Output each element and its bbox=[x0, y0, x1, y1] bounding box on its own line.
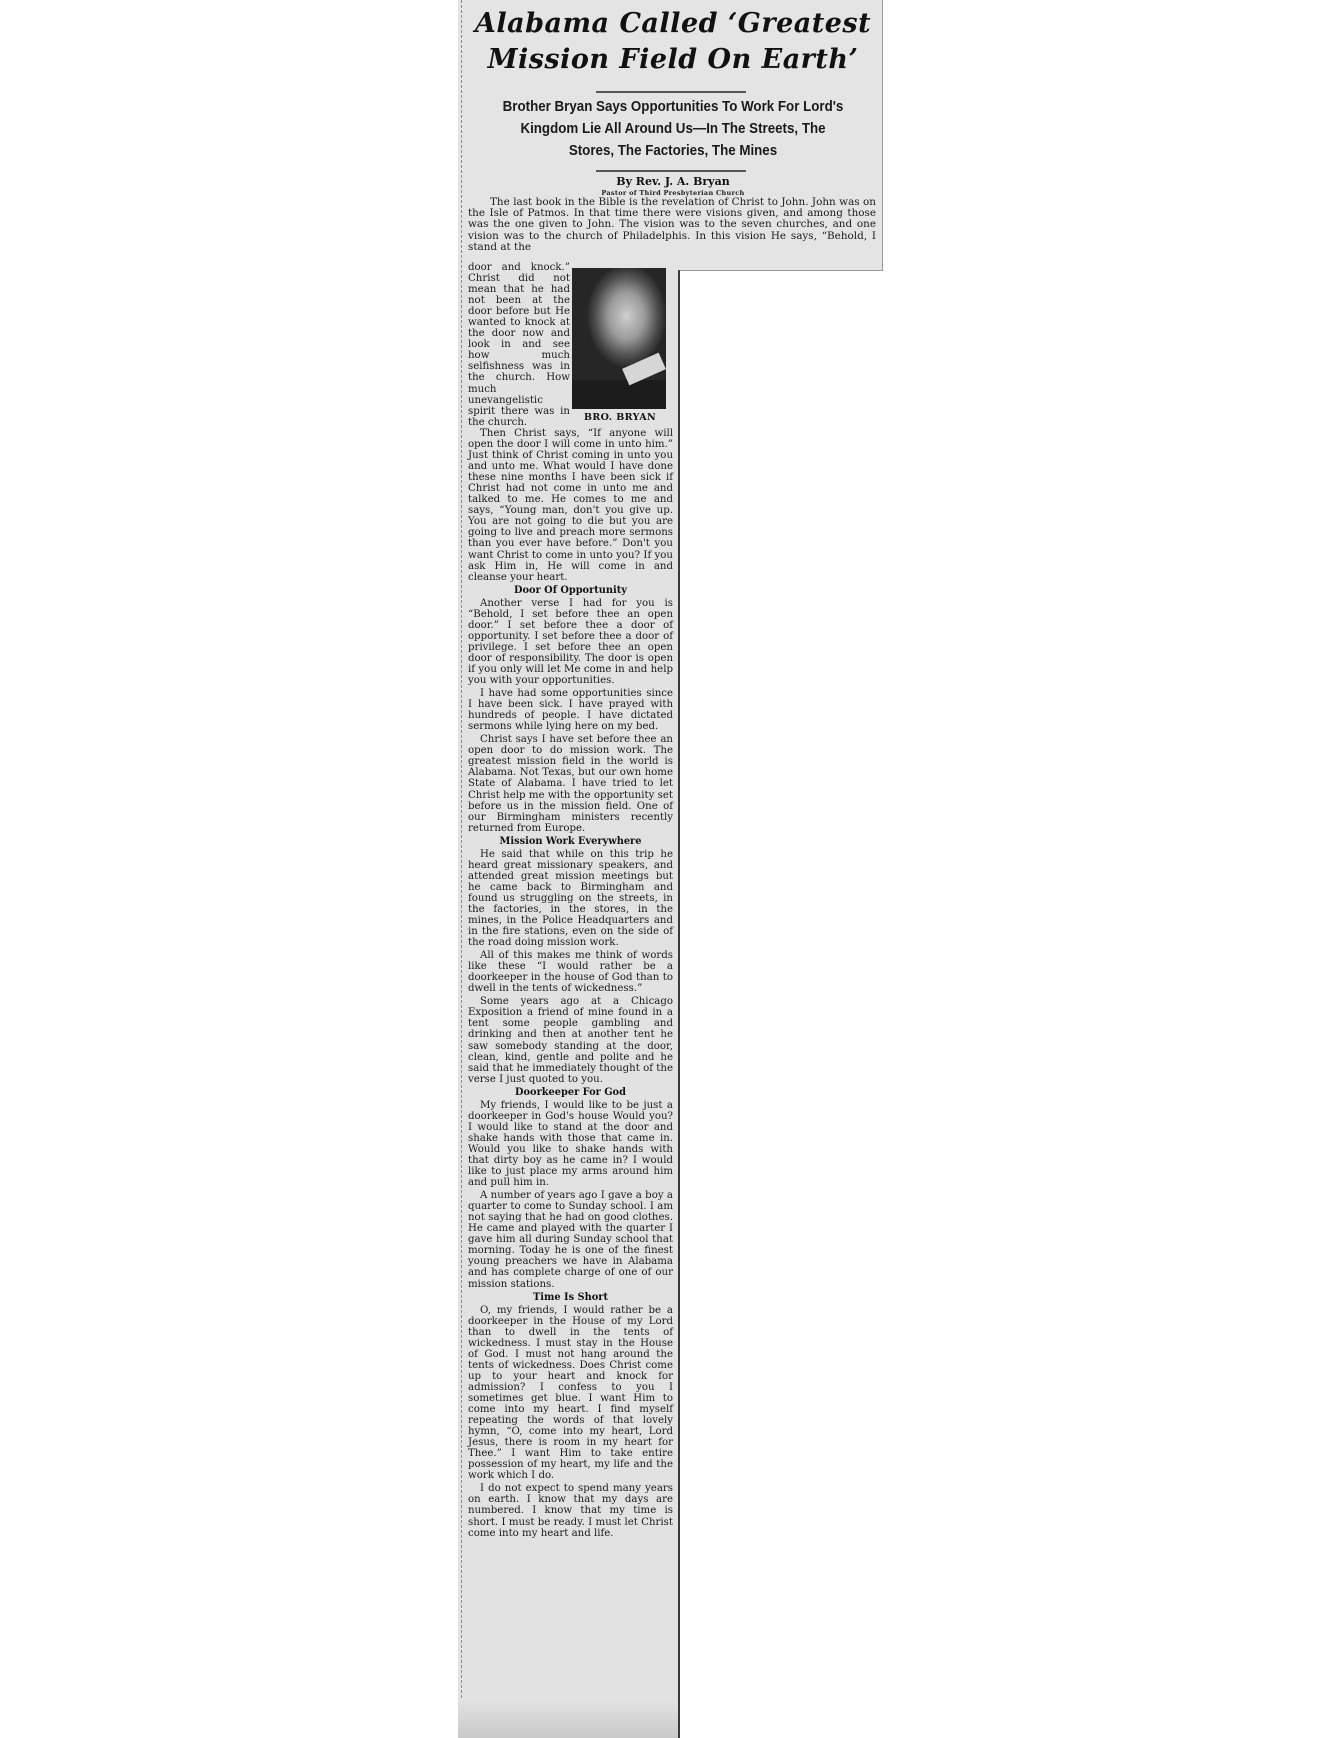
deck-line-1: Brother Bryan Says Opportunities To Work… bbox=[483, 96, 864, 118]
body-paragraph: A number of years ago I gave a boy a qua… bbox=[468, 1190, 673, 1289]
portrait-photo bbox=[572, 268, 666, 409]
headline-line-2: Mission Field On Earth’ bbox=[466, 42, 880, 78]
subhead-doorkeeper-for-god: Doorkeeper For God bbox=[468, 1087, 673, 1098]
deck-line-3: Stores, The Factories, The Mines bbox=[483, 140, 864, 162]
subhead-time-is-short: Time Is Short bbox=[468, 1292, 673, 1303]
byline: By Rev. J. A. Bryan bbox=[466, 176, 880, 188]
headline: Alabama Called ‘Greatest Mission Field O… bbox=[466, 6, 880, 78]
photo-coat-shape bbox=[572, 380, 666, 409]
body-paragraph: He said that while on this trip he heard… bbox=[468, 849, 673, 948]
photo-block: BRO. BRYAN bbox=[572, 268, 668, 426]
photo-caption: BRO. BRYAN bbox=[572, 412, 668, 423]
paragraph-beside-photo: door and knock.” Christ did not mean tha… bbox=[468, 262, 570, 428]
body-paragraph: I do not expect to spend many years on e… bbox=[468, 1483, 673, 1538]
body-paragraph: My friends, I would like to be just a do… bbox=[468, 1100, 673, 1188]
intro-paragraph: The last book in the Bible is the revela… bbox=[468, 197, 876, 253]
body-paragraph: Some years ago at a Chicago Exposition a… bbox=[468, 996, 673, 1084]
body-paragraph: Then Christ says, “If anyone will open t… bbox=[468, 428, 673, 583]
deck-line-2: Kingdom Lie All Around Us—In The Streets… bbox=[483, 118, 864, 140]
subhead-mission-work-everywhere: Mission Work Everywhere bbox=[468, 836, 673, 847]
column-rule bbox=[461, 0, 463, 1738]
headline-line-1: Alabama Called ‘Greatest bbox=[466, 6, 880, 42]
body-paragraph: O, my friends, I would rather be a doork… bbox=[468, 1305, 673, 1482]
body-paragraph: Christ says I have set before thee an op… bbox=[468, 734, 673, 833]
deck: Brother Bryan Says Opportunities To Work… bbox=[483, 96, 864, 162]
page-bottom-margin bbox=[458, 1700, 678, 1738]
article-body: Then Christ says, “If anyone will open t… bbox=[468, 428, 673, 1541]
body-paragraph: I have had some opportunities since I ha… bbox=[468, 688, 673, 732]
deck-divider bbox=[596, 170, 746, 172]
body-paragraph: Another verse I had for you is “Behold, … bbox=[468, 598, 673, 686]
body-paragraph: All of this makes me think of words like… bbox=[468, 950, 673, 994]
headline-divider bbox=[596, 91, 746, 93]
subhead-door-of-opportunity: Door Of Opportunity bbox=[468, 585, 673, 596]
